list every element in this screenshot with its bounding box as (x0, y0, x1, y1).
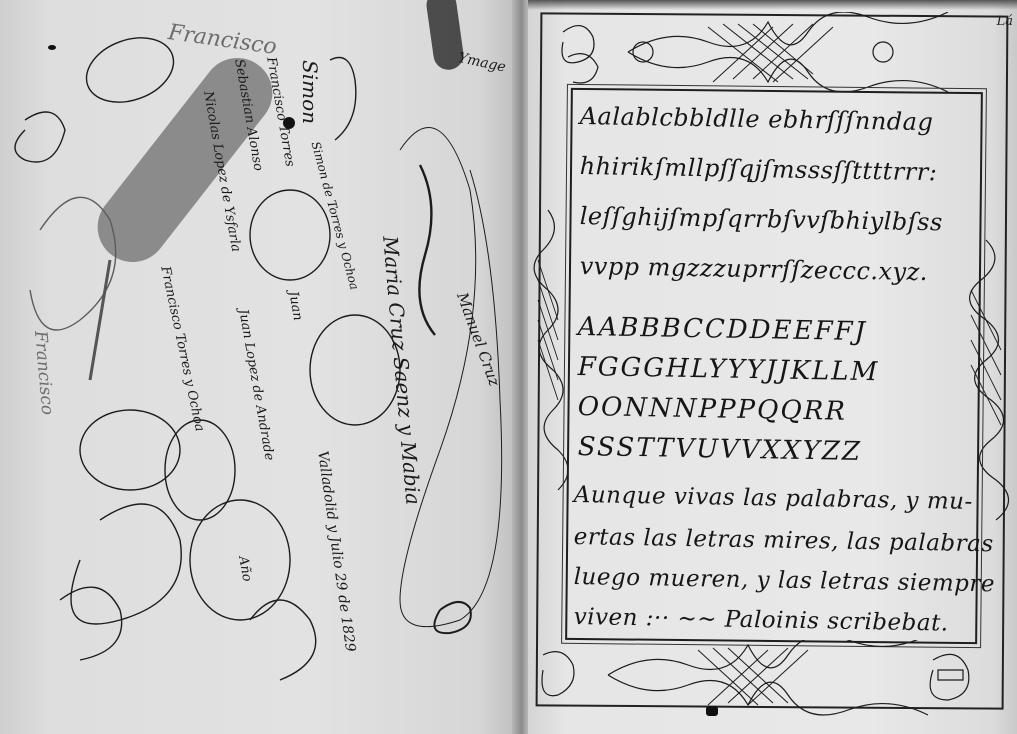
minuscule-row: hhirikſmllpſſqjſmsssſſttttrrr: (579, 150, 937, 188)
majuscule-row: AABBBCCDDEEFFJ (577, 310, 867, 350)
verse-line: ertas las letras mires, las palabras (573, 520, 994, 562)
ink-blot (706, 706, 718, 716)
page-top-shadow (528, 0, 1017, 10)
verse-line: Aunque vivas las palabras, y mu- (573, 478, 973, 520)
inscription-simon: Simon (298, 60, 322, 124)
right-page: Lá Aalablcbbldlle ebhrſſſnndag hhirikſml… (528, 0, 1017, 734)
left-page: Francisco Ymage Simon Simon de Torres y … (0, 0, 520, 734)
majuscule-row: SSSTTVUVVXXYZZ (577, 430, 862, 470)
top-border-flourish (548, 12, 988, 92)
open-copybook: Francisco Ymage Simon Simon de Torres y … (0, 0, 1017, 734)
corner-page-label: Lá (997, 14, 1013, 29)
majuscule-row: FGGGHLYYYJJKLLM (577, 350, 879, 390)
verse-line: viven :·· ~~ Paloinis scribebat. (573, 600, 949, 642)
majuscule-row: OONNNPPPQQRR (577, 390, 847, 430)
bottom-border-flourish (538, 640, 998, 720)
minuscule-row: leſſghijſmpſqrrbſvvſbhiylbſss (579, 200, 943, 238)
left-side-flourish (528, 200, 568, 520)
minuscule-row: Aalablcbbldlle ebhrſſſnndag (579, 100, 933, 138)
verse-line: luego mueren, y las letras siempre (573, 560, 995, 602)
minuscule-row: vvpp mgzzzuprrſſzeccc.xyz. (579, 250, 928, 288)
